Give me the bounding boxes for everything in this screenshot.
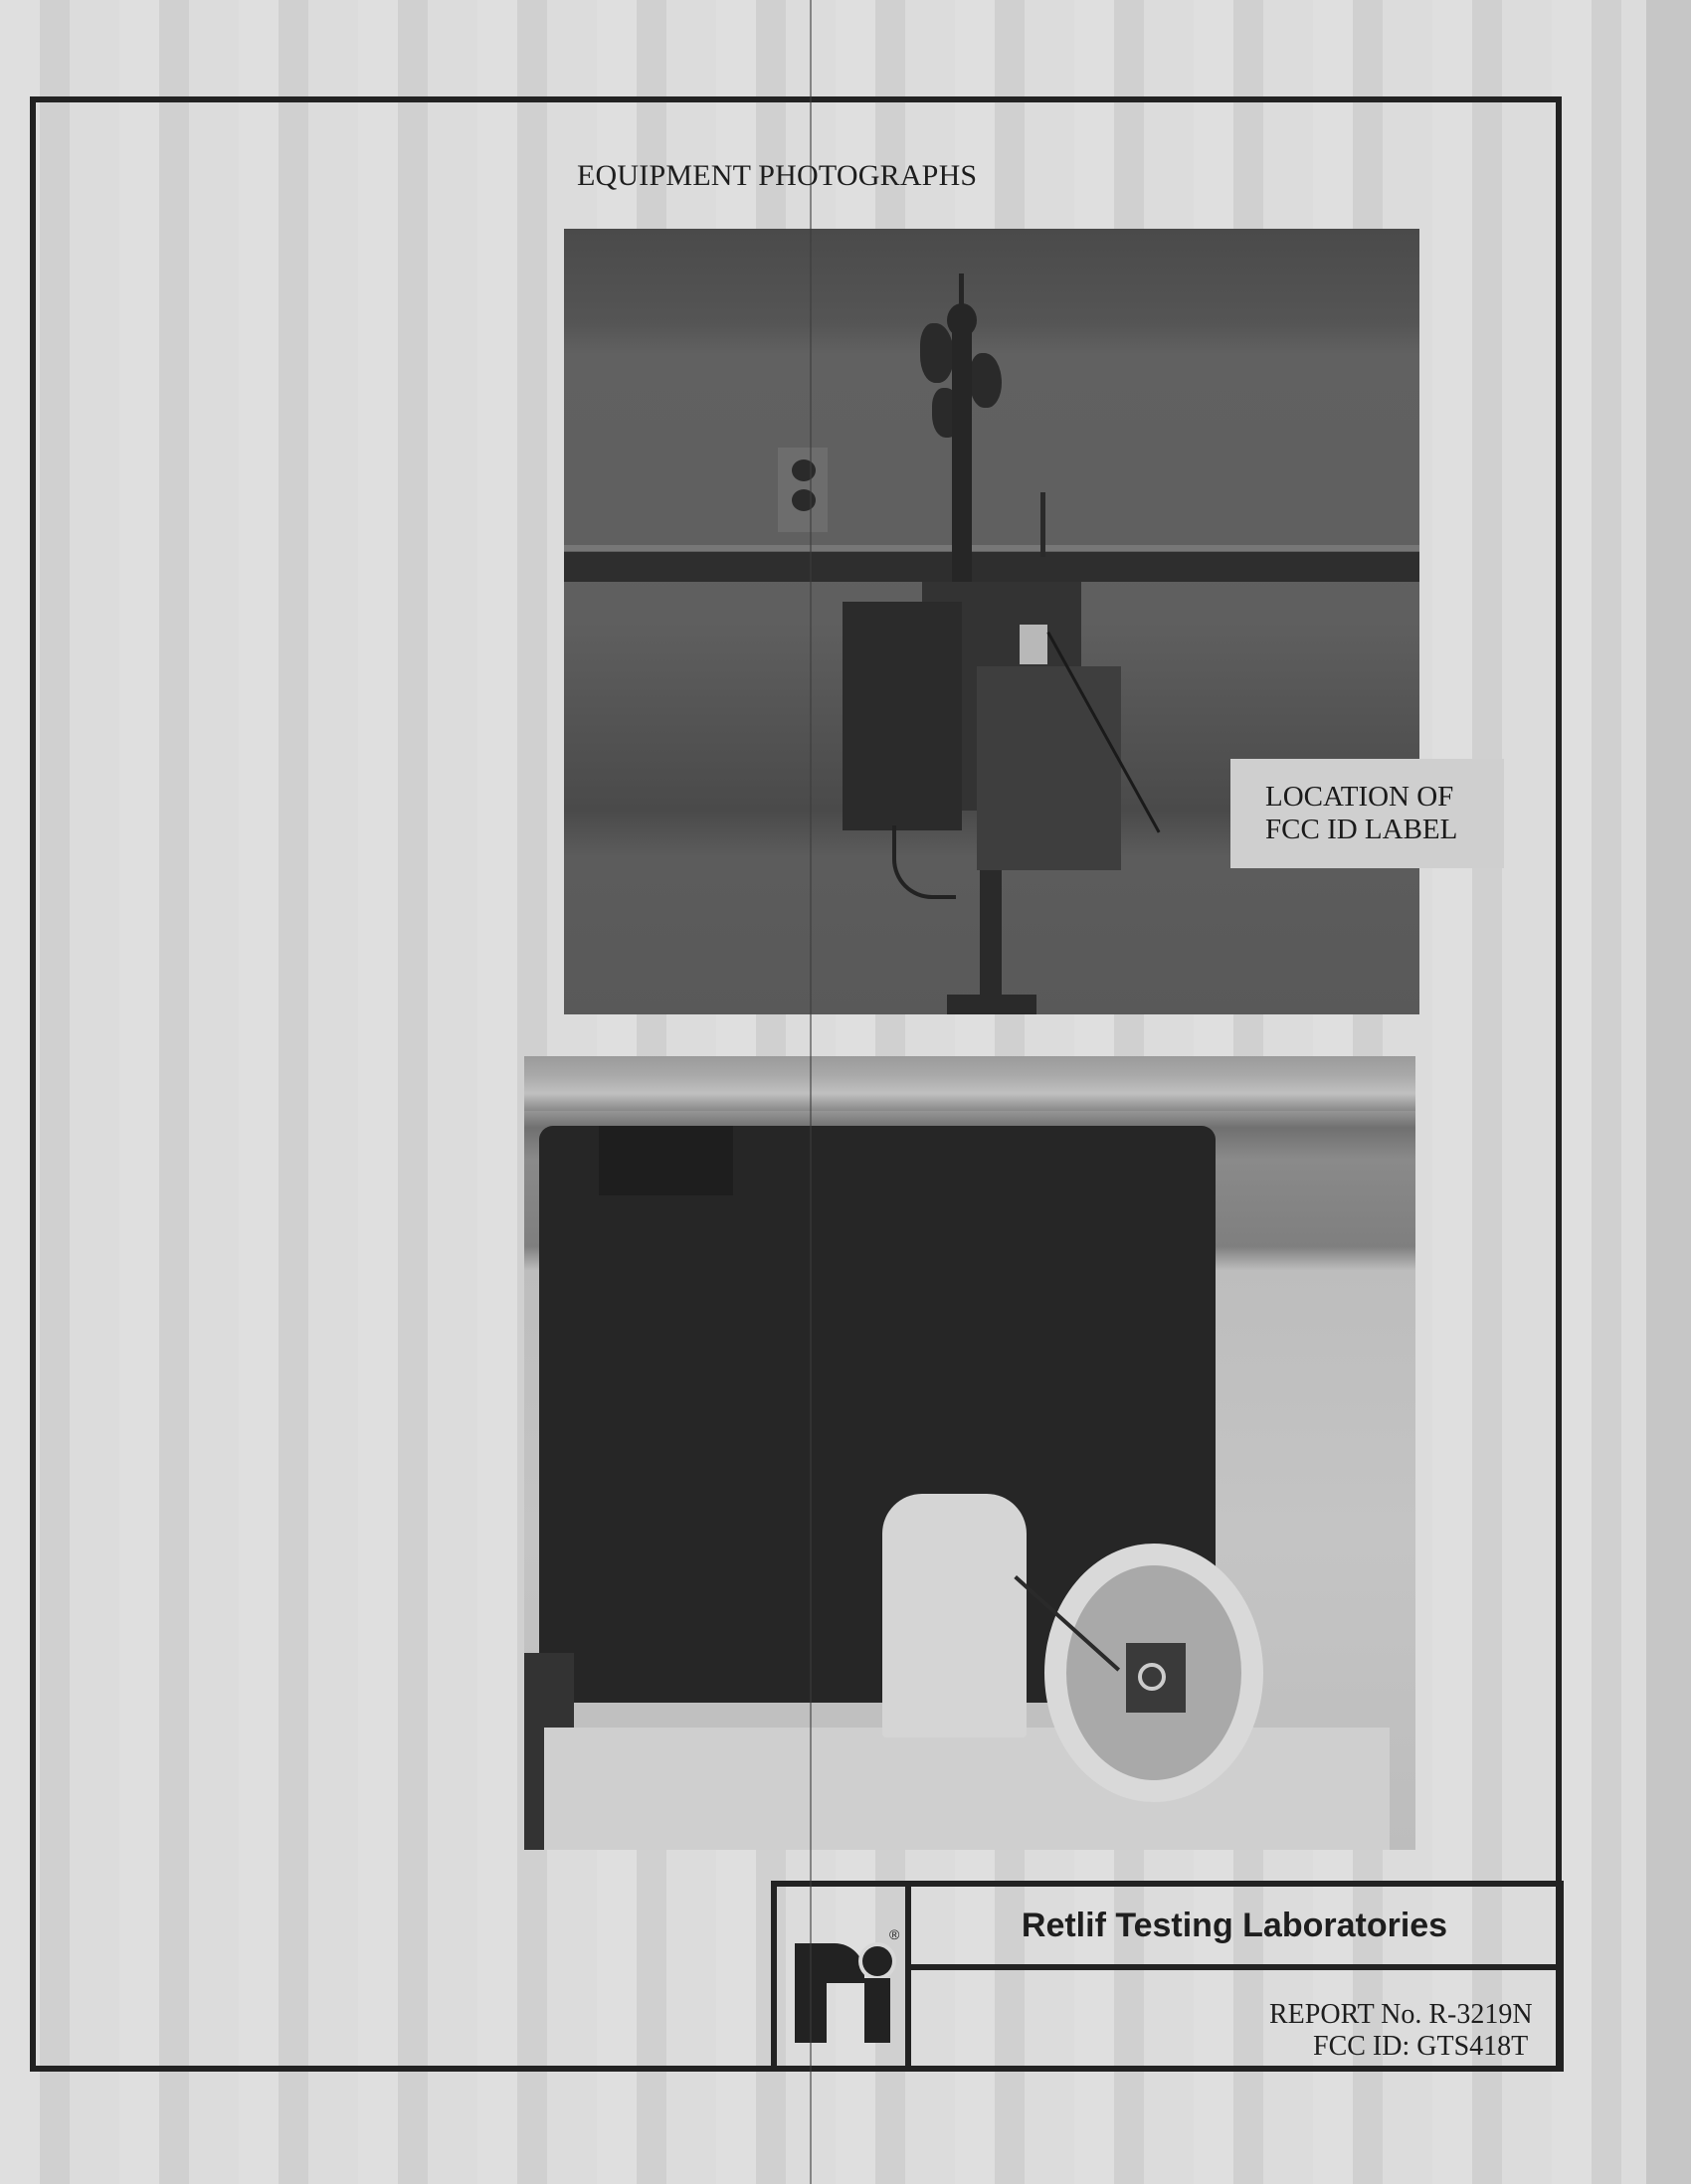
page-title: EQUIPMENT PHOTOGRAPHS <box>577 159 977 193</box>
wall-rail-highlight <box>564 545 1419 551</box>
company-name: Retlif Testing Laboratories <box>911 1887 1558 1970</box>
cable <box>892 825 956 899</box>
logo-i-dot <box>862 1946 892 1976</box>
photo-equipment-closeup <box>524 1056 1415 1850</box>
callout-line-1: LOCATION OF <box>1265 781 1504 814</box>
callout-line-2: FCC ID LABEL <box>1265 814 1504 846</box>
fcc-label-location <box>1020 625 1047 664</box>
front-enclosure <box>977 666 1121 870</box>
scan-edge-strip <box>1646 0 1691 2184</box>
cabinet-top-block <box>599 1126 733 1195</box>
registered-mark: ® <box>889 1926 899 1942</box>
fcc-id: FCC ID: GTS418T <box>1313 2030 1528 2064</box>
pole-base <box>947 995 1036 1014</box>
wall-outlet <box>778 448 828 532</box>
vane-blade <box>920 323 954 383</box>
mast <box>952 308 972 582</box>
vane-blade <box>970 353 1002 408</box>
photo-equipment-mounted <box>564 229 1419 1014</box>
wall-rail <box>564 552 1419 582</box>
table-surface <box>544 1728 1390 1850</box>
outlet-socket <box>792 459 816 481</box>
report-info: REPORT No. R-3219N FCC ID: GTS418T <box>911 1970 1558 2066</box>
report-number: REPORT No. R-3219N <box>1269 1998 1533 2032</box>
antenna <box>1040 492 1045 557</box>
logo-r-arm <box>813 1943 864 1983</box>
sensor-lens <box>1138 1663 1166 1691</box>
outlet-socket <box>792 489 816 511</box>
white-cylinder-sensor <box>882 1494 1027 1737</box>
company-logo: ® <box>777 1887 911 2066</box>
fcc-label-callout: LOCATION OF FCC ID LABEL <box>1230 759 1504 868</box>
wall-rail <box>524 1076 1415 1111</box>
logo-i-stem <box>864 1978 890 2043</box>
side-enclosure <box>843 602 962 830</box>
support-pole <box>980 870 1002 1000</box>
report-title-block: ® Retlif Testing Laboratories REPORT No.… <box>771 1881 1564 2072</box>
scan-fold-line <box>810 0 812 2184</box>
